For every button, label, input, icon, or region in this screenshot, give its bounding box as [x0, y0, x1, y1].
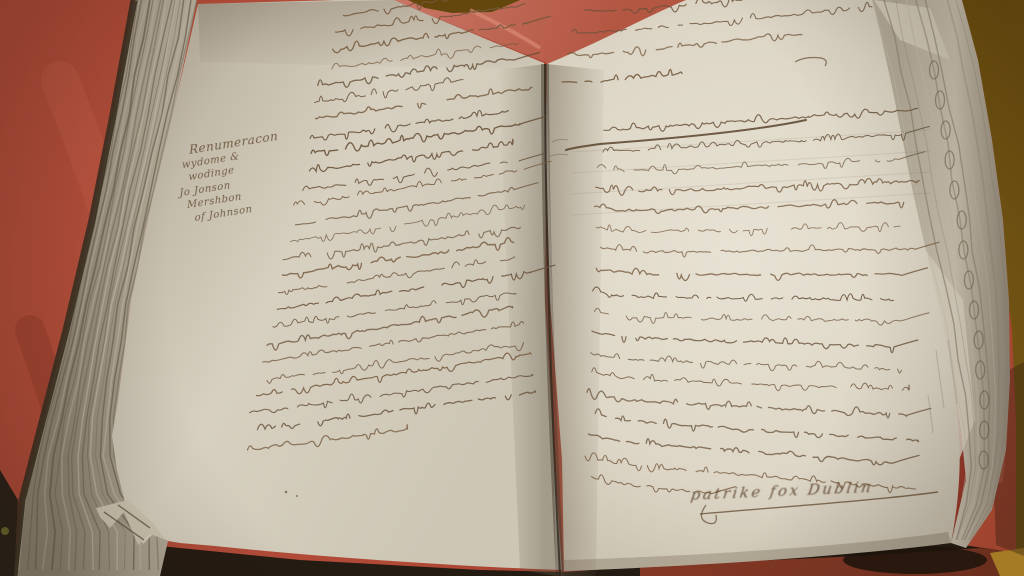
photo-open-manuscript: Renumeracon wydome & wodinge Jo Jonson M…	[0, 0, 1024, 576]
